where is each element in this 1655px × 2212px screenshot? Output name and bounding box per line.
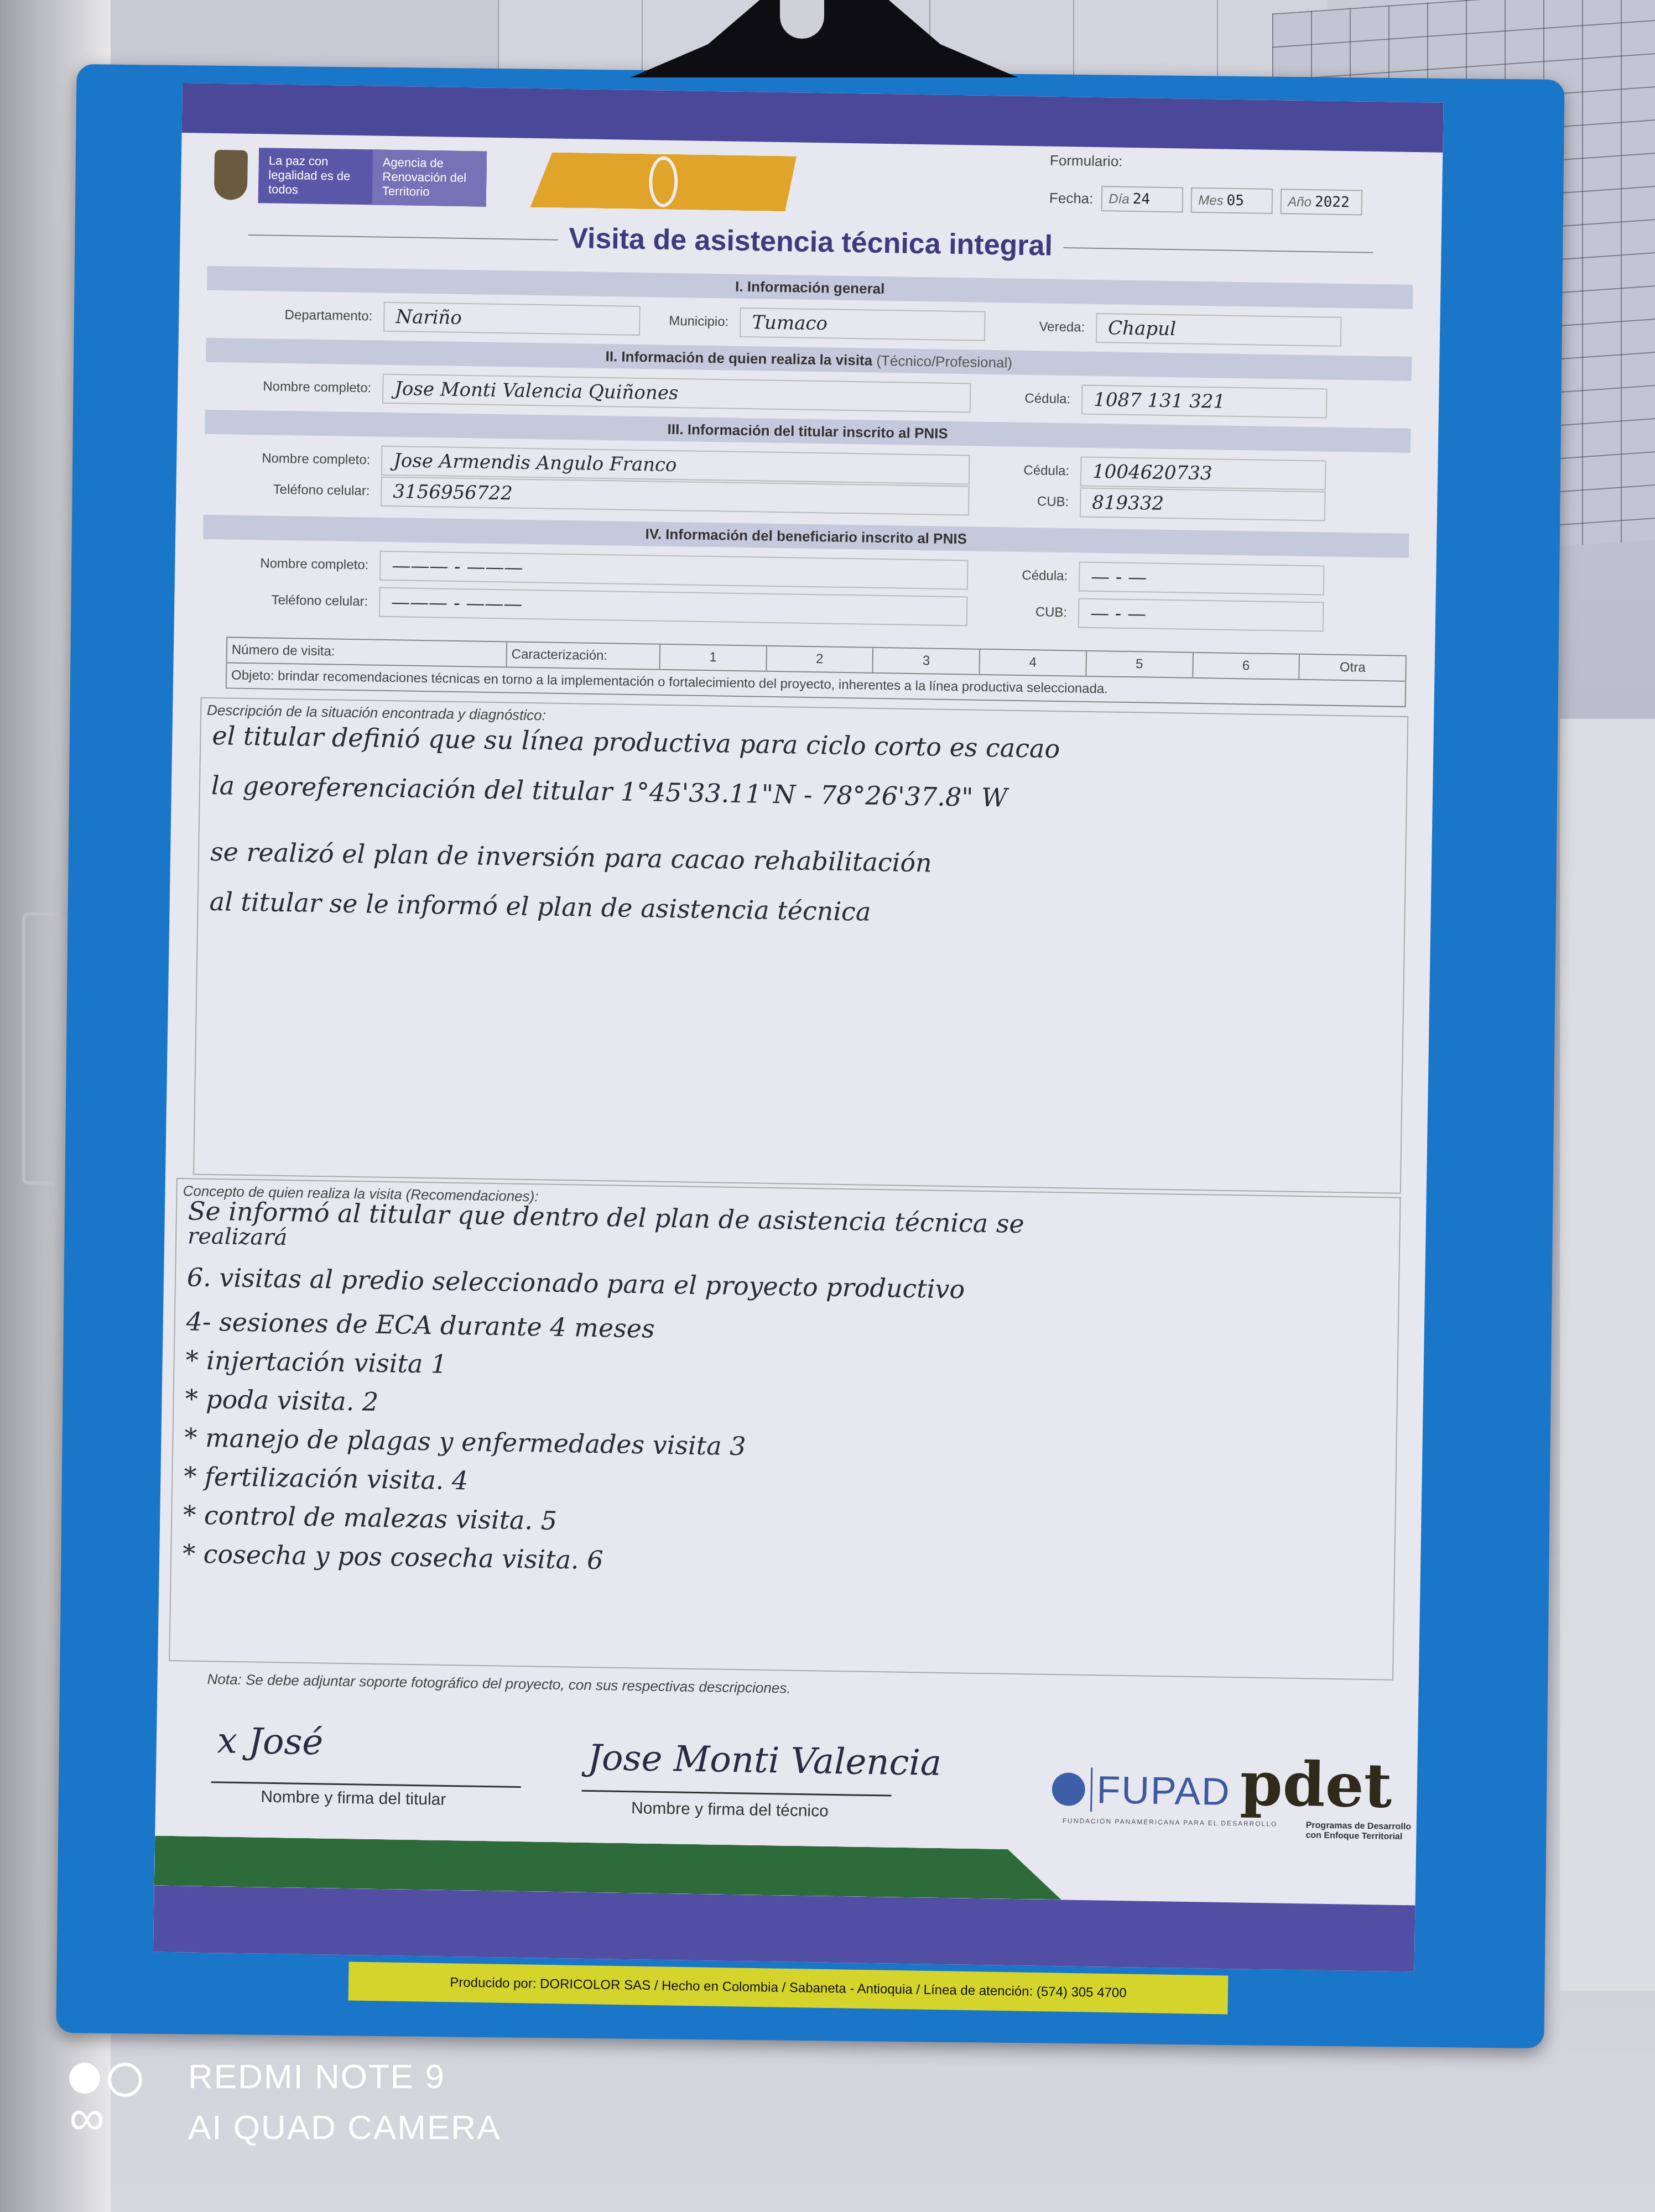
tecnico-cedula-label: Cédula: [971,390,1081,407]
concepto-line: * poda visita. 2 [185,1384,379,1416]
beneficiario-cedula-field[interactable]: — - — [1079,562,1325,596]
camera-logo-icon: ∞ [69,2057,147,2140]
gov-logo-left: La paz con legalidad es de todos [258,148,373,205]
titular-signature-caption: Nombre y firma del titular [261,1788,446,1809]
titular-telefono-label: Teléfono celular: [204,481,381,499]
gov-logo: La paz con legalidad es de todos Agencia… [258,148,487,206]
visit-option-6[interactable]: 6 [1193,653,1300,679]
concepto-line: * cosecha y pos cosecha visita. 6 [183,1538,603,1575]
beneficiario-nombre-field[interactable]: ——— - ——— [379,551,969,590]
visit-option-1[interactable]: 1 [660,645,767,671]
titular-signature-line [211,1781,521,1788]
institution-logo [530,152,797,212]
titular-signature: x José [217,1720,323,1763]
beneficiario-nombre-label: Nombre completo: [202,555,379,573]
fupad-logo: FUPAD [1052,1767,1231,1814]
pdet-subtitle-line-2: con Enfoque Territorial [1305,1830,1411,1842]
pdet-subtitle: Programas de Desarrollo con Enfoque Terr… [1305,1820,1411,1842]
header-logos: La paz con legalidad es de todos Agencia… [214,144,797,215]
titular-cub-label: CUB: [969,493,1080,510]
tecnico-signature-caption: Nombre y firma del técnico [631,1799,829,1821]
municipio-label: Municipio: [640,313,740,330]
tecnico-nombre-label: Nombre completo: [205,378,382,397]
tecnico-signature: Jose Monti Valencia [587,1738,942,1784]
visit-option-4[interactable]: 4 [980,650,1086,676]
departamento-label: Departamento: [206,306,383,325]
titular-cedula-label: Cédula: [970,462,1080,479]
camera-watermark-line-1: REDMI NOTE 9 [188,2057,445,2096]
anio-label: Año [1288,194,1311,210]
fecha-label: Fecha: [1049,189,1094,207]
concepto-area[interactable]: Concepto de quien realiza la visita (Rec… [169,1178,1401,1681]
pdet-logo: pdet [1240,1747,1393,1821]
mes-value: 05 [1227,192,1245,209]
titular-cedula-field[interactable]: 1004620733 [1080,457,1326,491]
camera-watermark-line-2: AI QUAD CAMERA [188,2108,501,2147]
background-right-surface [1560,719,1655,1991]
titular-cub-field[interactable]: 819332 [1080,488,1326,521]
colombia-shield-icon [214,150,248,200]
beneficiario-telefono-label: Teléfono celular: [202,592,379,610]
concepto-line: * injertación visita 1 [185,1345,447,1379]
municipio-field[interactable]: Tumaco [740,307,986,341]
fecha-row: Fecha: Día24 Mes05 Año2022 [1049,185,1362,216]
concepto-line: 4- sesiones de ECA durante 4 meses [186,1306,655,1343]
dia-value: 24 [1133,191,1151,207]
descripcion-line: al titular se le informó el plan de asis… [209,886,871,927]
concepto-line: 6. visitas al predio seleccionado para e… [187,1262,965,1304]
tecnico-nombre-field[interactable]: Jose Monti Valencia Quiñones [382,374,971,413]
concepto-line: Se informó al titular que dentro del pla… [188,1196,1025,1239]
formulario-label: Formulario: [1050,152,1123,170]
vereda-field[interactable]: Chapul [1096,313,1342,347]
concepto-line: * manejo de plagas y enfermedades visita… [184,1422,746,1461]
departamento-field[interactable]: Nariño [383,302,641,336]
gov-logo-right: Agencia de Renovación del Territorio [372,149,487,206]
concepto-line: realizará [188,1223,288,1250]
spiral-icon [649,156,678,207]
beneficiario-cub-field[interactable]: — - — [1078,598,1324,632]
mes-field[interactable]: Mes05 [1190,187,1273,214]
anio-field[interactable]: Año2022 [1280,189,1362,215]
descripcion-area[interactable]: Descripción de la situación encontrada y… [193,697,1408,1194]
section-2-suffix: (Técnico/Profesional) [876,352,1012,371]
titular-nombre-label: Nombre completo: [204,450,381,468]
section-2-title: II. Información de quien realiza la visi… [605,348,872,369]
concepto-line: * control de malezas visita. 5 [183,1500,558,1536]
beneficiario-telefono-field[interactable]: ——— - ——— [379,587,968,627]
descripcion-line: el titular definió que su línea producti… [212,721,1060,764]
dia-field[interactable]: Día24 [1101,186,1183,212]
dia-label: Día [1108,191,1130,207]
descripcion-line: se realizó el plan de inversión para cac… [210,837,932,878]
visit-option-otra[interactable]: Otra [1300,655,1406,681]
visit-option-2[interactable]: 2 [767,646,873,672]
numero-visita-label: Número de visita: [227,638,508,666]
anio-value: 2022 [1315,194,1350,211]
globe-icon [1052,1772,1085,1806]
mes-label: Mes [1198,193,1224,208]
nota-text: Nota: Se debe adjuntar soporte fotográfi… [207,1671,790,1697]
concepto-line: * fertilización visita. 4 [184,1461,469,1495]
visit-option-3[interactable]: 3 [873,648,980,674]
tecnico-signature-line [582,1790,892,1797]
tecnico-cedula-field[interactable]: 1087 131 321 [1081,385,1328,419]
visit-option-5[interactable]: 5 [1086,651,1193,677]
beneficiario-cedula-label: Cédula: [968,567,1079,584]
vereda-label: Vereda: [985,319,1096,336]
caracterizacion-option[interactable]: Caracterización: [507,642,660,669]
form-title: Visita de asistencia técnica integral [180,216,1441,269]
descripcion-line: la georeferenciación del titular 1°45'33… [211,770,1008,813]
visit-number-table: Número de visita: Caracterización: 1 2 3… [226,637,1407,707]
form-paper: La paz con legalidad es de todos Agencia… [153,83,1444,1971]
fupad-wordmark: FUPAD [1090,1767,1231,1814]
beneficiario-cub-label: CUB: [967,603,1078,620]
